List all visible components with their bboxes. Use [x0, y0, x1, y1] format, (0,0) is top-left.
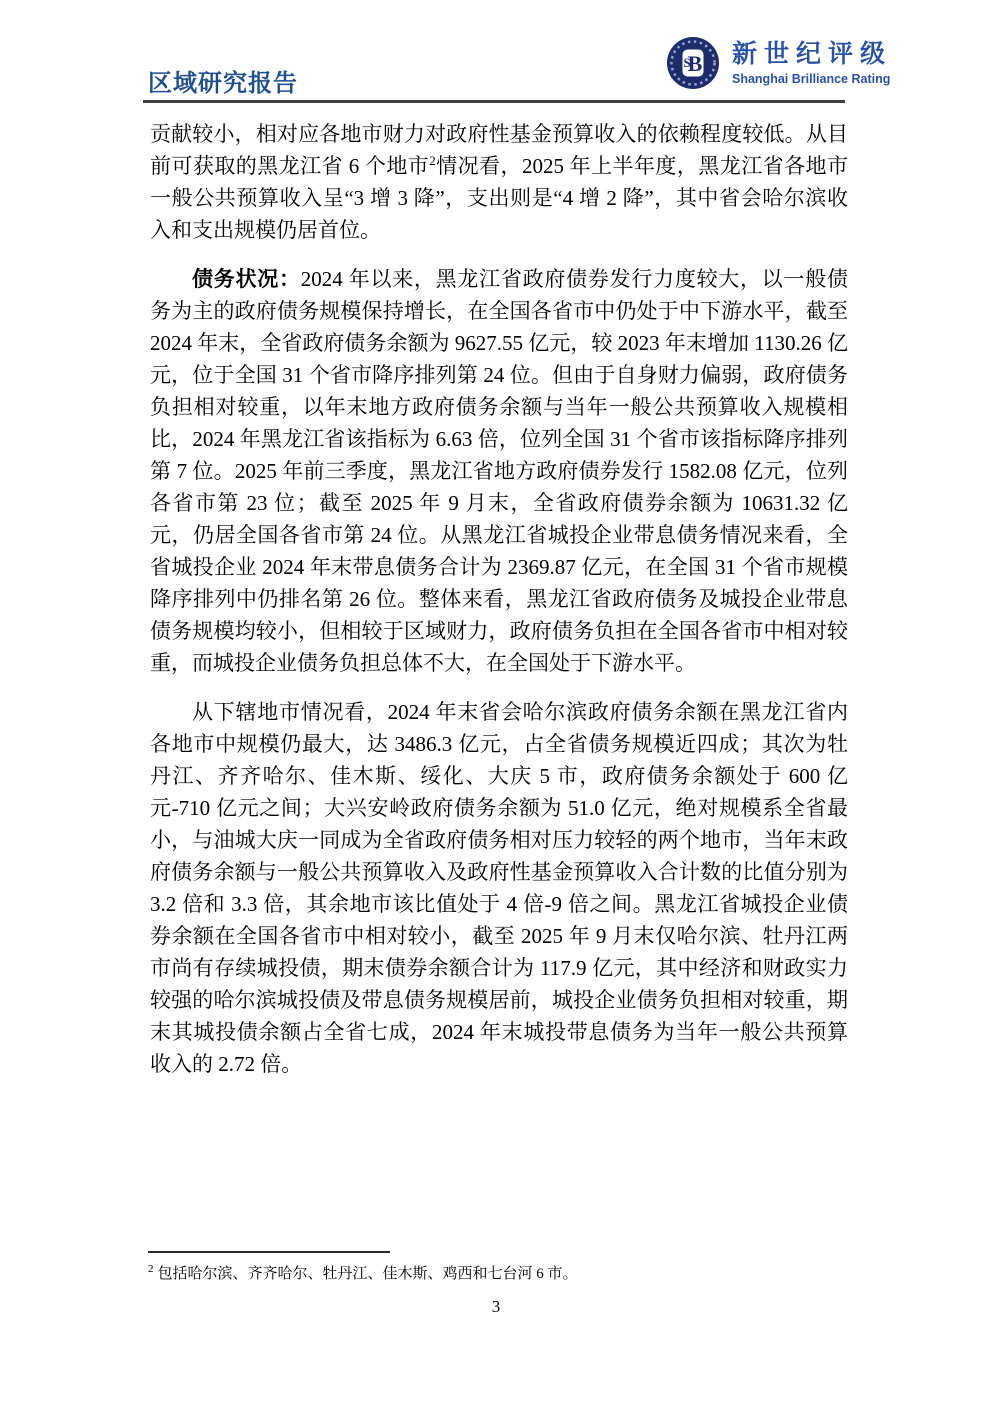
paragraph-run: 2024 年以来，黑龙江省政府债券发行力度较大，以一般债务为主的政府债务规模保持…: [150, 267, 848, 675]
page-number: 3: [0, 1297, 992, 1317]
company-logo: S B 新世纪评级 Shanghai Brilliance Rating: [666, 36, 892, 90]
footnote-marker: 2: [148, 1263, 154, 1275]
company-name-en: Shanghai Brilliance Rating: [732, 72, 892, 87]
footnote-divider: [148, 1251, 390, 1253]
city-debt-paragraph: 从下辖地市情况看，2024 年末省会哈尔滨政府债务余额在黑龙江省内各地市中规模仍…: [150, 696, 848, 1080]
company-name-block: 新世纪评级 Shanghai Brilliance Rating: [732, 39, 892, 87]
document-page: 区域研究报告 S B 新世纪评级 Shanghai Brilliance Rat…: [0, 0, 992, 1403]
company-name-zh: 新世纪评级: [732, 39, 892, 69]
body-text: 贡献较小，相对应各地市财力对政府性基金预算收入的依赖程度较低。从目前可获取的黑龙…: [150, 118, 848, 1097]
paragraph-run: 从下辖地市情况看，2024 年末省会哈尔滨政府债务余额在黑龙江省内各地市中规模仍…: [150, 700, 848, 1076]
report-type-label: 区域研究报告: [148, 63, 298, 98]
footnote-text: 包括哈尔滨、齐齐哈尔、牡丹江、佳木斯、鸡西和七台河 6 市。: [158, 1266, 578, 1282]
continuation-paragraph: 贡献较小，相对应各地市财力对政府性基金预算收入的依赖程度较低。从目前可获取的黑龙…: [150, 118, 848, 246]
header-divider: [143, 100, 845, 103]
footnote: 2包括哈尔滨、齐齐哈尔、牡丹江、佳木斯、鸡西和七台河 6 市。: [148, 1263, 848, 1285]
company-emblem-icon: S B: [666, 36, 720, 90]
svg-text:B: B: [688, 51, 703, 76]
paragraph-lead-bold: 债务状况：: [192, 267, 301, 291]
debt-status-paragraph: 债务状况：2024 年以来，黑龙江省政府债券发行力度较大，以一般债务为主的政府债…: [150, 263, 848, 679]
